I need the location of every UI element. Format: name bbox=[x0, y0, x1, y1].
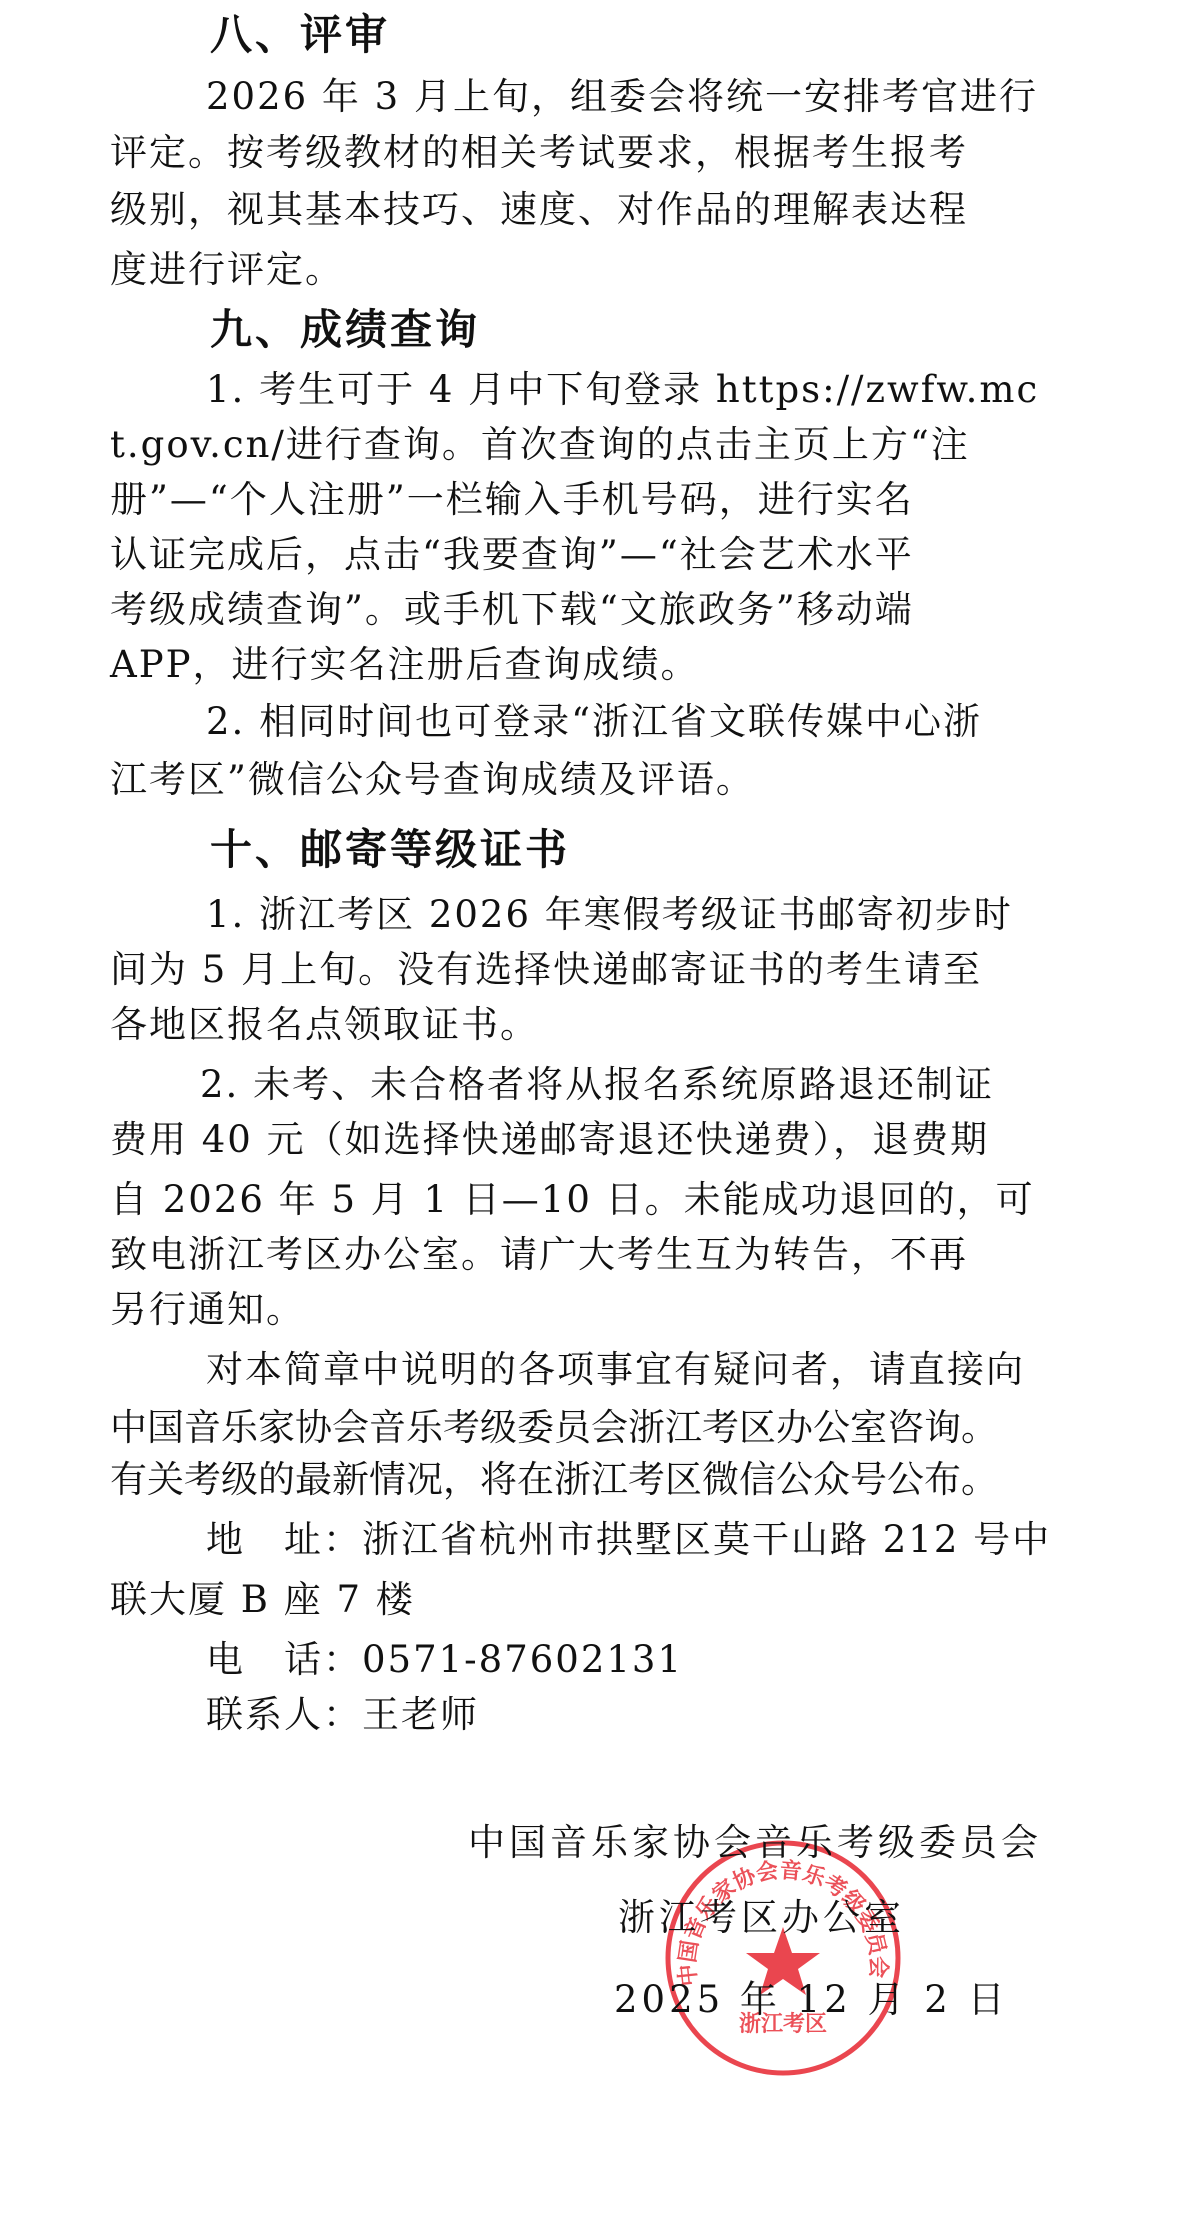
paragraph-line: 费用 40 元（如选择快递邮寄退还快递费），退费期 bbox=[110, 1112, 1200, 1168]
paragraph-line: 江考区”微信公众号查询成绩及评语。 bbox=[110, 752, 1200, 808]
paragraph-line: 2. 相同时间也可登录“浙江省文联传媒中心浙 bbox=[206, 694, 1200, 750]
signature-org: 中国音乐家协会音乐考级委员会 bbox=[468, 1815, 1042, 1871]
paragraph-line: 另行通知。 bbox=[110, 1282, 1200, 1338]
signature-date: 2025 年 12 月 2 日 bbox=[614, 1972, 1009, 2028]
paragraph-line: 评定。按考级教材的相关考试要求，根据考生报考 bbox=[110, 125, 1200, 181]
section-heading: 八、评审 bbox=[210, 7, 1200, 63]
paragraph-line: 认证完成后，点击“我要查询”—“社会艺术水平 bbox=[110, 527, 1200, 583]
closing-line: 中国音乐家协会音乐考级委员会浙江考区办公室咨询。 bbox=[110, 1400, 1200, 1456]
paragraph-line: 考级成绩查询”。或手机下载“文旅政务”移动端 bbox=[110, 582, 1200, 638]
paragraph-line: 致电浙江考区办公室。请广大考生互为转告，不再 bbox=[110, 1227, 1200, 1283]
closing-line: 对本简章中说明的各项事宜有疑问者，请直接向 bbox=[206, 1342, 1200, 1398]
paragraph-line: 间为 5 月上旬。没有选择快递邮寄证书的考生请至 bbox=[110, 942, 1200, 998]
address-continued: 联大厦 B 座 7 楼 bbox=[110, 1572, 1200, 1628]
phone-value: 0571-87602131 bbox=[362, 1638, 683, 1681]
paragraph-line: APP，进行实名注册后查询成绩。 bbox=[110, 637, 1200, 693]
paragraph-line: 级别，视其基本技巧、速度、对作品的理解表达程 bbox=[110, 182, 1200, 238]
address-label: 地 址： bbox=[206, 1518, 362, 1561]
signature-office: 浙江考区办公室 bbox=[618, 1890, 905, 1946]
paragraph-line: 1. 考生可于 4 月中下旬登录 https://zwfw.mc bbox=[206, 362, 1200, 418]
contact-person-label: 联系人： bbox=[206, 1693, 362, 1736]
contact-person-row: 联系人：王老师 bbox=[206, 1687, 1200, 1743]
paragraph-line: 各地区报名点领取证书。 bbox=[110, 997, 1200, 1053]
address-value: 浙江省杭州市拱墅区莫干山路 212 号中 bbox=[362, 1518, 1051, 1561]
phone-row: 电 话：0571-87602131 bbox=[206, 1632, 1200, 1688]
paragraph-line: 2026 年 3 月上旬，组委会将统一安排考官进行 bbox=[206, 69, 1200, 125]
paragraph-line: 自 2026 年 5 月 1 日—10 日。未能成功退回的，可 bbox=[110, 1172, 1200, 1228]
paragraph-line: t.gov.cn/进行查询。首次查询的点击主页上方“注 bbox=[110, 417, 1200, 473]
paragraph-line: 2. 未考、未合格者将从报名系统原路退还制证 bbox=[200, 1057, 1200, 1113]
section-heading: 九、成绩查询 bbox=[210, 302, 1200, 358]
contact-person-value: 王老师 bbox=[362, 1693, 479, 1736]
closing-line: 有关考级的最新情况，将在浙江考区微信公众号公布。 bbox=[110, 1452, 1200, 1508]
paragraph-line: 度进行评定。 bbox=[110, 242, 1200, 298]
paragraph-line: 1. 浙江考区 2026 年寒假考级证书邮寄初步时 bbox=[206, 887, 1200, 943]
official-seal: 中国音乐家协会音乐考级委员会 浙江考区 bbox=[660, 1835, 906, 2081]
paragraph-line: 册”—“个人注册”一栏输入手机号码，进行实名 bbox=[110, 472, 1200, 528]
section-heading: 十、邮寄等级证书 bbox=[210, 822, 1200, 878]
address-row: 地 址：浙江省杭州市拱墅区莫干山路 212 号中 bbox=[206, 1512, 1200, 1568]
phone-label: 电 话： bbox=[206, 1638, 362, 1681]
